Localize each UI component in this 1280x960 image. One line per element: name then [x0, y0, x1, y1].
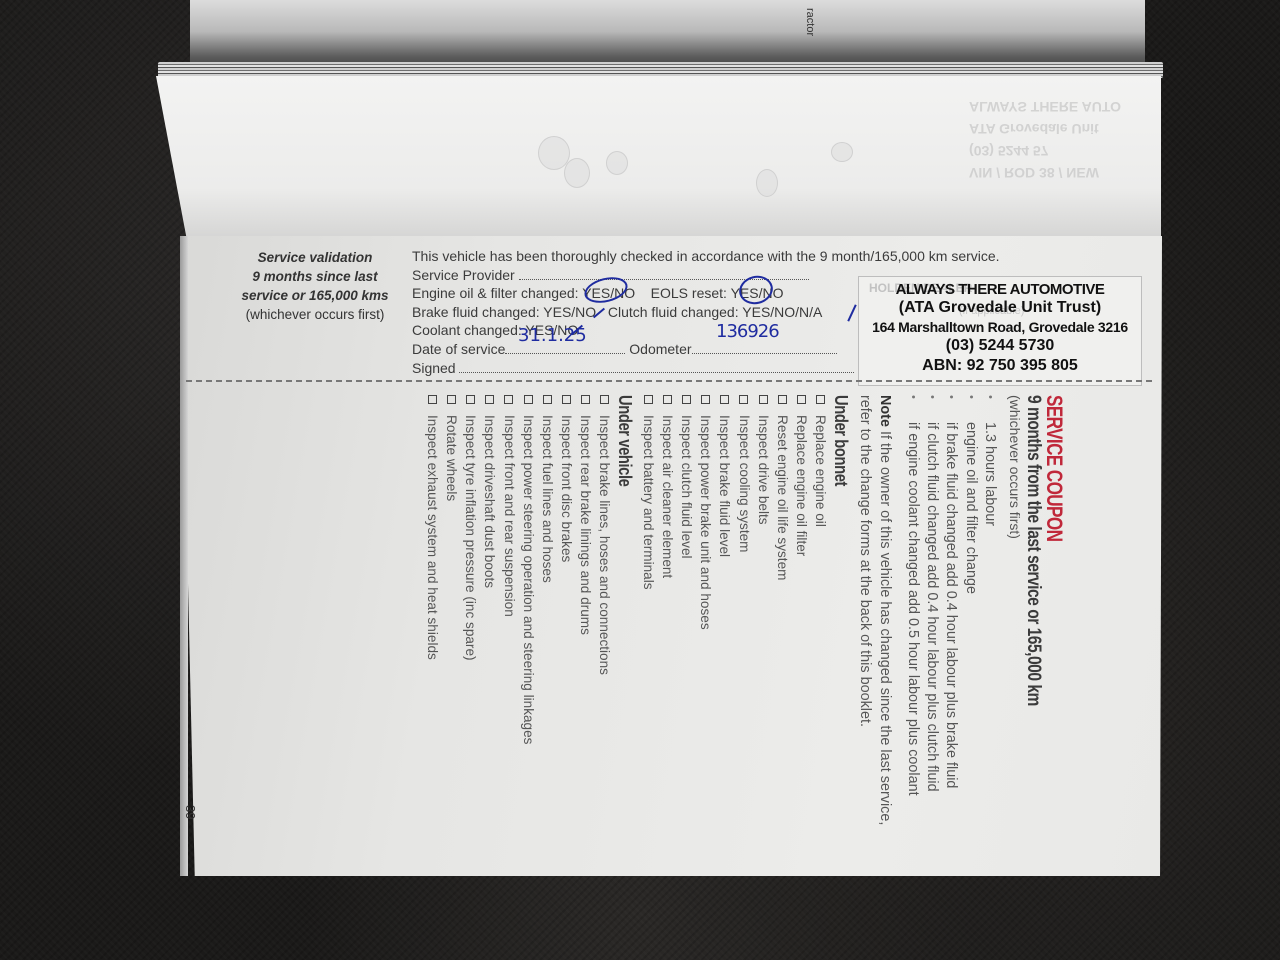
- checklist-label: Inspect cooling system: [734, 415, 753, 553]
- validation-title: Service validation: [230, 248, 400, 267]
- checkbox[interactable]: [428, 395, 437, 404]
- back-page-text: ractor: [804, 8, 816, 36]
- checkbox[interactable]: [759, 395, 768, 404]
- page-binding-edge: [180, 236, 188, 876]
- checklist-label: Inspect front and rear suspension: [499, 415, 518, 617]
- checklist-item[interactable]: Replace engine oil filter: [792, 395, 811, 855]
- checklist-label: Inspect fuel lines and hoses: [538, 415, 557, 583]
- brake-fluid-label: Brake fluid changed:: [412, 304, 540, 320]
- dealer-stamp: HOLDEN DEALER (if applicable) ALWAYS THE…: [858, 276, 1142, 386]
- checklist-item[interactable]: Inspect power brake unit and hoses: [696, 395, 715, 855]
- checklist-item[interactable]: Inspect exhaust system and heat shields: [423, 395, 442, 855]
- stain: [756, 169, 778, 197]
- page-stack-edge: [158, 62, 1163, 78]
- service-coupon: SERVICE COUPON 9 months from the last se…: [315, 395, 1065, 855]
- odometer-label: Odometer: [629, 341, 691, 357]
- checklist-item[interactable]: Rotate wheels: [442, 395, 461, 855]
- clutch-fluid-label: Clutch fluid changed:: [608, 304, 739, 320]
- perforation-cut-line[interactable]: [186, 380, 1152, 382]
- checkbox[interactable]: [778, 395, 787, 404]
- checklist-label: Rotate wheels: [442, 415, 461, 501]
- coupon-subtitle: 9 months from the last service or 165,00…: [1023, 395, 1043, 772]
- page-number: 39: [183, 805, 198, 819]
- checkbox[interactable]: [447, 395, 456, 404]
- signed-label: Signed: [412, 360, 456, 376]
- stamp-name: ALWAYS THERE AUTOMOTIVE: [859, 281, 1141, 298]
- checkbox[interactable]: [663, 395, 672, 404]
- checklist-item[interactable]: Inspect driveshaft dust boots: [480, 395, 499, 855]
- odometer-field[interactable]: [692, 343, 837, 354]
- under-bonnet-list: Replace engine oil Replace engine oil fi…: [639, 395, 830, 855]
- coupon-bullets: 1.3 hours labour engine oil and filter c…: [903, 395, 999, 855]
- checklist-label: Inspect power brake unit and hoses: [696, 415, 715, 630]
- checkbox[interactable]: [485, 395, 494, 404]
- na-tick-mark: [847, 304, 856, 321]
- checkbox[interactable]: [524, 395, 533, 404]
- coupon-subtitle-note: (whichever occurs first): [1007, 395, 1023, 855]
- odometer-handwritten: 136926: [716, 323, 779, 342]
- checklist-item[interactable]: Inspect fuel lines and hoses: [538, 395, 557, 855]
- checklist-item[interactable]: Inspect clutch fluid level: [677, 395, 696, 855]
- checklist-item[interactable]: Inspect tyre inflation pressure (inc spa…: [461, 395, 480, 855]
- bullet-item: if clutch fluid changed add 0.4 hour lab…: [922, 395, 941, 855]
- mirror-line: ALWAYS THERE AUTO: [969, 96, 1121, 118]
- validation-line3: service or 165,000 kms: [230, 286, 400, 305]
- mirrored-stamp-imprint: VIN / ROD 38 / NEW (03) 5244 57 ATA Grov…: [969, 96, 1121, 184]
- checklist-label: Inspect exhaust system and heat shields: [423, 415, 442, 660]
- checklist-label: Inspect brake fluid level: [715, 415, 734, 557]
- mirror-line: ATA Grovedale Unit: [969, 118, 1121, 140]
- under-bonnet-heading: Under bonnet: [830, 395, 852, 772]
- checklist-item[interactable]: Reset engine oil life system: [773, 395, 792, 855]
- engine-oil-label: Engine oil & filter changed:: [412, 285, 579, 301]
- checkbox[interactable]: [816, 395, 825, 404]
- brake-fluid-options[interactable]: YES/NO: [543, 304, 596, 320]
- checklist-item[interactable]: Inspect power steering operation and ste…: [519, 395, 538, 855]
- mirror-line: VIN / ROD 38 / NEW: [969, 162, 1121, 184]
- checklist-item[interactable]: Inspect air cleaner element: [658, 395, 677, 855]
- note-text: If the owner of this vehicle has changed…: [857, 395, 892, 825]
- folded-page-flap: VIN / ROD 38 / NEW (03) 5244 57 ATA Grov…: [156, 76, 1161, 236]
- bullet-item: if engine coolant changed add 0.5 hour l…: [903, 395, 922, 855]
- under-vehicle-list: Inspect brake lines, hoses and connectio…: [423, 395, 614, 855]
- service-provider-label: Service Provider: [412, 267, 515, 283]
- checklist-label: Inspect clutch fluid level: [677, 415, 696, 559]
- validation-line2: 9 months since last: [230, 267, 400, 286]
- checklist-label: Inspect drive belts: [754, 415, 773, 525]
- mirror-line: (03) 5244 57: [969, 140, 1121, 162]
- checkbox[interactable]: [562, 395, 571, 404]
- checklist-item[interactable]: Replace engine oil: [811, 395, 830, 855]
- under-vehicle-heading: Under vehicle: [614, 395, 636, 772]
- bullet-item: engine oil and filter change: [960, 395, 979, 855]
- checkbox[interactable]: [701, 395, 710, 404]
- eols-label: EOLS reset:: [651, 285, 727, 301]
- clutch-fluid-options[interactable]: YES/NO/N/A: [742, 304, 822, 320]
- checklist-label: Inspect battery and terminals: [639, 415, 658, 590]
- date-label: Date of service: [412, 341, 505, 357]
- back-page: ractor: [190, 0, 1145, 70]
- checkbox[interactable]: [600, 395, 609, 404]
- checklist-item[interactable]: Inspect battery and terminals: [639, 395, 658, 855]
- checkbox[interactable]: [581, 395, 590, 404]
- checkbox[interactable]: [644, 395, 653, 404]
- checkbox[interactable]: [740, 395, 749, 404]
- checklist-label: Inspect power steering operation and ste…: [519, 415, 538, 744]
- note-label: Note: [877, 395, 893, 427]
- checklist-label: Inspect air cleaner element: [658, 415, 677, 578]
- service-validation-label: Service validation 9 months since last s…: [230, 248, 400, 324]
- checklist-label: Replace engine oil filter: [792, 415, 811, 556]
- checkbox[interactable]: [543, 395, 552, 404]
- stain: [564, 158, 590, 188]
- checkbox[interactable]: [682, 395, 691, 404]
- checkbox[interactable]: [504, 395, 513, 404]
- checklist-label: Inspect driveshaft dust boots: [480, 415, 499, 588]
- checkbox[interactable]: [720, 395, 729, 404]
- date-handwritten: 31.1.25: [518, 327, 587, 346]
- checklist-label: Inspect tyre inflation pressure (inc spa…: [461, 415, 480, 661]
- checkbox[interactable]: [466, 395, 475, 404]
- checklist-label: Inspect front disc brakes: [557, 415, 576, 562]
- stamp-trust: (ATA Grovedale Unit Trust): [859, 299, 1141, 317]
- validation-line4: (whichever occurs first): [246, 307, 385, 322]
- bullet-item: 1.3 hours labour: [980, 395, 999, 855]
- stamp-address: 164 Marshalltown Road, Grovedale 3216: [859, 319, 1141, 335]
- checklist-item[interactable]: Inspect front disc brakes: [557, 395, 576, 855]
- coolant-label: Coolant changed:: [412, 322, 522, 338]
- coupon-note: Note If the owner of this vehicle has ch…: [855, 395, 894, 855]
- checklist-item[interactable]: Inspect drive belts: [754, 395, 773, 855]
- form-intro: This vehicle has been thoroughly checked…: [412, 247, 1022, 266]
- stamp-abn: ABN: 92 750 395 805: [859, 357, 1141, 375]
- checklist-label: Inspect rear brake linings and drums: [576, 415, 595, 635]
- checklist-item[interactable]: Inspect cooling system: [734, 395, 753, 855]
- checkbox[interactable]: [797, 395, 806, 404]
- checklist-item[interactable]: Inspect brake fluid level: [715, 395, 734, 855]
- checklist-label: Reset engine oil life system: [773, 415, 792, 580]
- checklist-item[interactable]: Inspect front and rear suspension: [499, 395, 518, 855]
- bullet-item: if brake fluid changed add 0.4 hour labo…: [941, 395, 960, 855]
- checklist-item[interactable]: Inspect brake lines, hoses and connectio…: [595, 395, 614, 855]
- coupon-title: SERVICE COUPON: [1043, 395, 1065, 754]
- checklist-label: Inspect brake lines, hoses and connectio…: [595, 415, 614, 675]
- checklist-item[interactable]: Inspect rear brake linings and drums: [576, 395, 595, 855]
- signed-field[interactable]: [459, 362, 854, 373]
- stamp-phone: (03) 5244 5730: [859, 337, 1141, 355]
- checklist-label: Replace engine oil: [811, 415, 830, 527]
- stain: [606, 151, 628, 175]
- stain: [831, 142, 853, 162]
